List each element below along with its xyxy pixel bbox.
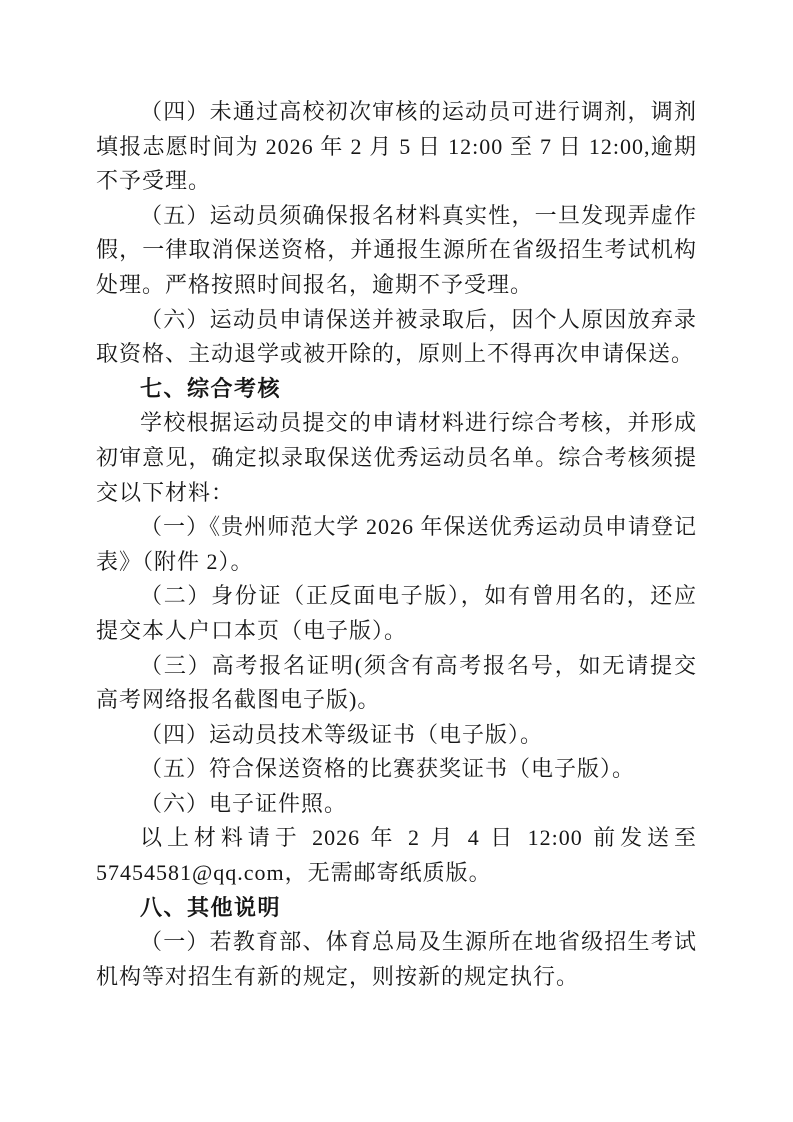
paragraph: （六）运动员申请保送并被录取后，因个人原因放弃录取资格、主动退学或被开除的，原则… (96, 303, 697, 372)
paragraph: （五）运动员须确保报名材料真实性，一旦发现弄虚作假，一律取消保送资格，并通报生源… (96, 199, 697, 303)
document-page: （四）未通过高校初次审核的运动员可进行调剂，调剂填报志愿时间为 2026 年 2… (0, 0, 793, 1122)
section-heading: 八、其他说明 (96, 891, 697, 926)
paragraph: （一）若教育部、体育总局及生源所在地省级招生考试机构等对招生有新的规定，则按新的… (96, 925, 697, 994)
paragraph: （二）身份证（正反面电子版），如有曾用名的，还应提交本人户口本页（电子版）。 (96, 579, 697, 648)
paragraph: 以上材料请于 2026 年 2 月 4 日 12:00 前发送至 5745458… (96, 821, 697, 890)
paragraph: （三）高考报名证明(须含有高考报名号，如无请提交高考网络报名截图电子版)。 (96, 649, 697, 718)
paragraph: （五）符合保送资格的比赛获奖证书（电子版）。 (96, 752, 697, 787)
paragraph: （四）运动员技术等级证书（电子版）。 (96, 718, 697, 753)
paragraph: （六）电子证件照。 (96, 787, 697, 822)
paragraph: 学校根据运动员提交的申请材料进行综合考核，并形成初审意见，确定拟录取保送优秀运动… (96, 406, 697, 510)
paragraph: （四）未通过高校初次审核的运动员可进行调剂，调剂填报志愿时间为 2026 年 2… (96, 95, 697, 199)
paragraph: （一）《贵州师范大学 2026 年保送优秀运动员申请登记表》（附件 2）。 (96, 510, 697, 579)
section-heading: 七、综合考核 (96, 372, 697, 407)
document-body: （四）未通过高校初次审核的运动员可进行调剂，调剂填报志愿时间为 2026 年 2… (96, 95, 697, 994)
